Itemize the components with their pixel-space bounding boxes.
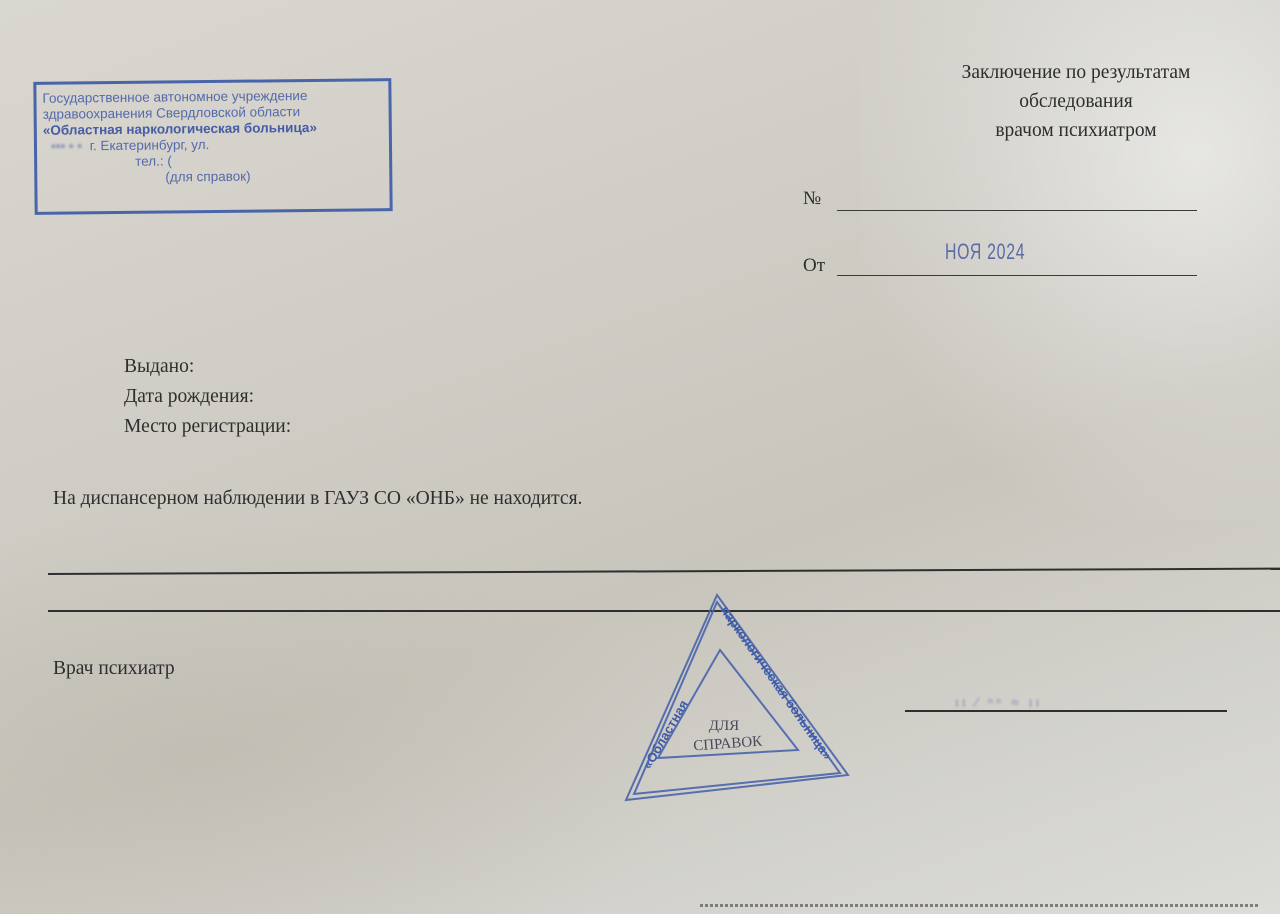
stamp-center-line-2: СПРАВОК: [693, 734, 764, 755]
date-stamp: НОЯ 2024: [945, 239, 1025, 265]
bottom-dotted-edge: [700, 904, 1260, 907]
stamp-center-line-1: ДЛЯ: [709, 718, 739, 734]
stamp-note: (для справок): [43, 167, 383, 187]
number-label: №: [803, 188, 821, 209]
title-line-3: врачом психиатром: [900, 116, 1252, 145]
document-date-field: От НОЯ 2024: [803, 255, 825, 277]
date-underline: [837, 275, 1197, 276]
triangle-stamp: «Областная наркологическая больница» ДЛЯ…: [620, 590, 860, 805]
birth-date-label: Дата рождения:: [124, 382, 291, 412]
registration-label: Место регистрации:: [124, 412, 291, 442]
issued-label: Выдано:: [124, 352, 291, 382]
document-number-field: №: [803, 188, 821, 210]
date-label: От: [803, 255, 825, 276]
stamp-index-redacted: ••• • •: [51, 138, 82, 153]
doctor-label: Врач психиатр: [53, 658, 175, 680]
paper-shadow: [0, 520, 700, 914]
title-line-1: Заключение по результатам: [900, 58, 1252, 87]
title-line-2: обследования: [900, 87, 1252, 116]
patient-info: Выдано: Дата рождения: Место регистрации…: [124, 352, 291, 442]
number-underline: [837, 210, 1197, 211]
stamp-address-text: г. Екатеринбург, ул.: [90, 137, 210, 153]
document-title: Заключение по результатам обследования в…: [900, 58, 1252, 145]
blank-line-1: [48, 568, 1280, 575]
institution-stamp: Государственное автономное учреждение зд…: [33, 78, 392, 215]
observation-status: На диспансерном наблюдении в ГАУЗ СО «ОН…: [53, 488, 582, 510]
stamp-left-arc-text: «Областная: [640, 697, 691, 771]
signature-line: [905, 710, 1227, 712]
signature-redacted: ıı ⁄ ⁿⁿ ≈ ıı: [955, 694, 1042, 710]
